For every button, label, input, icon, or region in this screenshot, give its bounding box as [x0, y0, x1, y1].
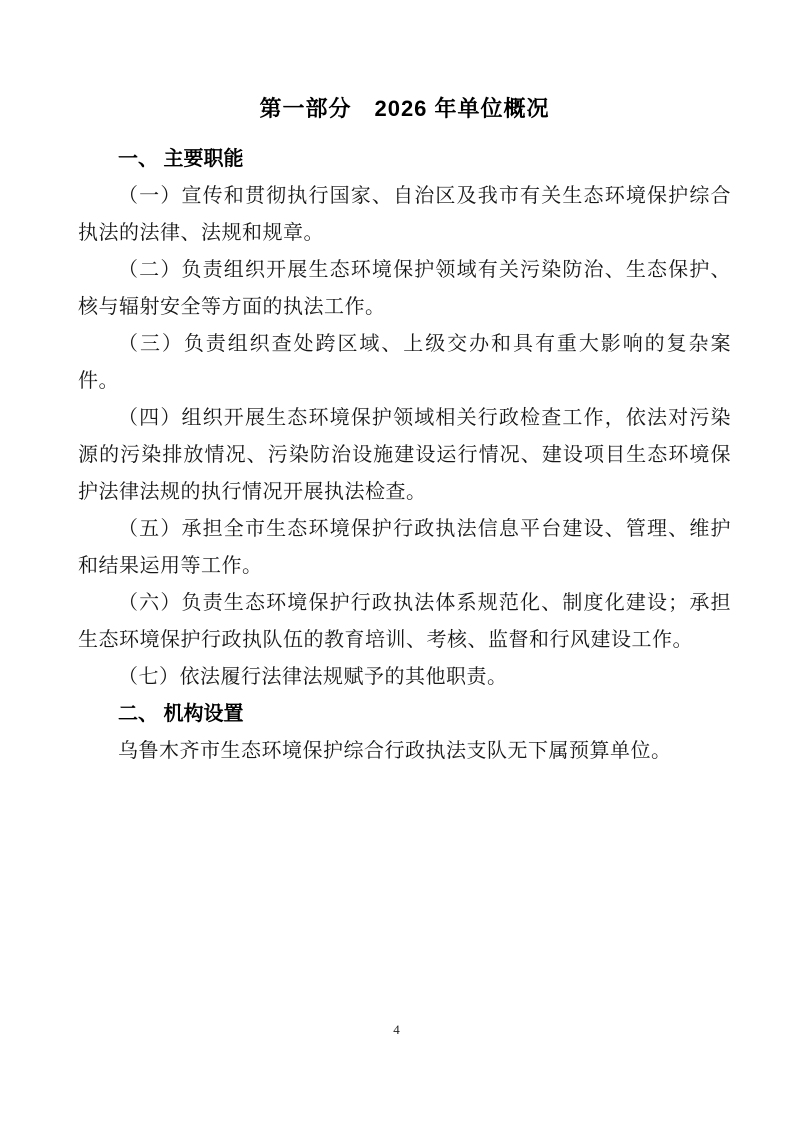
paragraph-duty-4: （四）组织开展生态环境保护领域相关行政检查工作，依法对污染源的污染排放情况、污染…: [78, 400, 731, 511]
paragraph-duty-1: （一）宣传和贯彻执行国家、自治区及我市有关生态环境保护综合执法的法律、法规和规章…: [78, 178, 731, 252]
paragraph-duty-5: （五）承担全市生态环境保护行政执法信息平台建设、管理、维护和结果运用等工作。: [78, 511, 731, 585]
paragraph-organization: 乌鲁木齐市生态环境保护综合行政执法支队无下属预算单位。: [78, 733, 731, 770]
document-title: 第一部分 2026 年单位概况: [78, 90, 731, 127]
paragraph-duty-3: （三）负责组织查处跨区域、上级交办和具有重大影响的复杂案件。: [78, 326, 731, 400]
document-page: 第一部分 2026 年单位概况 一、 主要职能 （一）宣传和贯彻执行国家、自治区…: [0, 0, 793, 1122]
section-heading-main-duties: 一、 主要职能: [78, 141, 731, 178]
paragraph-duty-2: （二）负责组织开展生态环境保护领域有关污染防治、生态保护、核与辐射安全等方面的执…: [78, 252, 731, 326]
section-heading-organization: 二、 机构设置: [78, 696, 731, 733]
paragraph-duty-7: （七）依法履行法律法规赋予的其他职责。: [78, 659, 731, 696]
paragraph-duty-6: （六）负责生态环境保护行政执法体系规范化、制度化建设；承担生态环境保护行政执队伍…: [78, 585, 731, 659]
document-content: 第一部分 2026 年单位概况 一、 主要职能 （一）宣传和贯彻执行国家、自治区…: [78, 90, 731, 770]
page-number: 4: [0, 1022, 793, 1038]
